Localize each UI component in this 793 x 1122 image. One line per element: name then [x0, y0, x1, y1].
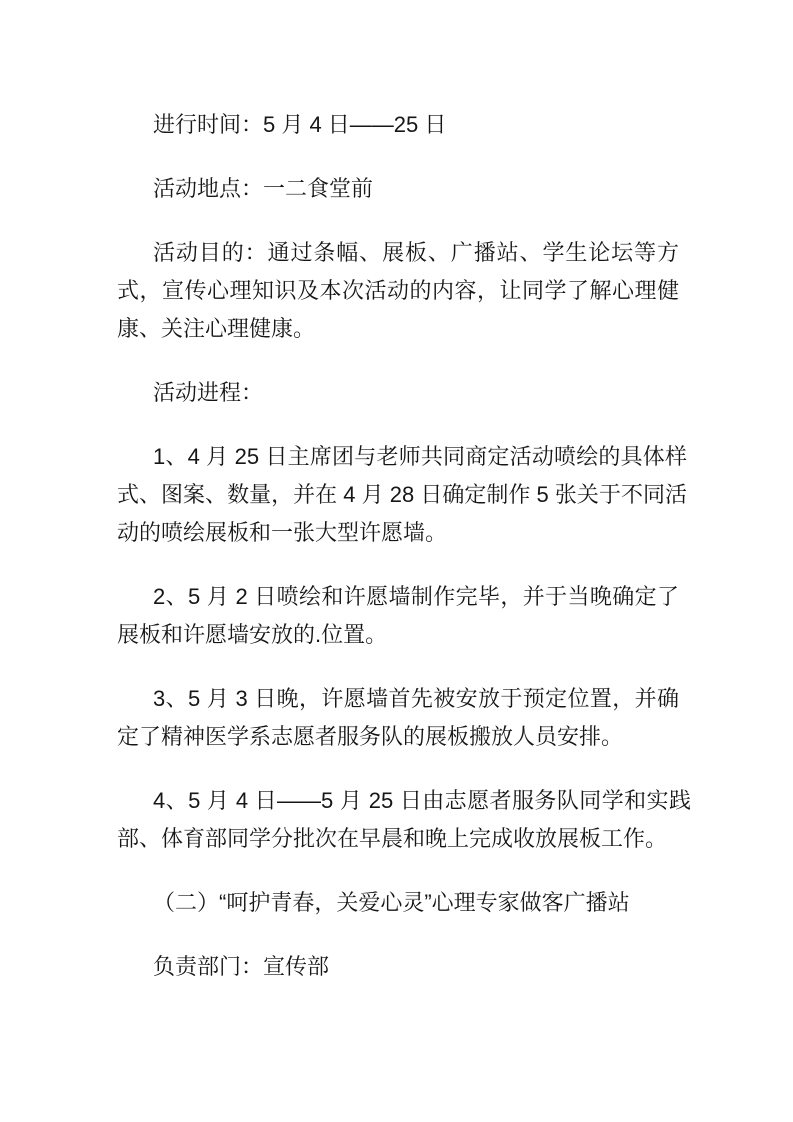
- paragraph-location: 活动地点：一二食堂前: [117, 170, 679, 208]
- paragraph-department: 负责部门：宣传部: [117, 948, 679, 986]
- paragraph-process-heading: 活动进程：: [117, 374, 679, 412]
- paragraph-purpose: 活动目的：通过条幅、展板、广播站、学生论坛等方式，宣传心理知识及本次活动的内容，…: [117, 234, 679, 348]
- document-page: 进行时间：5 月 4 日——25 日 活动地点：一二食堂前 活动目的：通过条幅、…: [0, 0, 793, 1122]
- section-heading-2: （二）“呵护青春，关爱心灵”心理专家做客广播站: [117, 884, 679, 922]
- list-item-2: 2、5 月 2 日喷绘和许愿墙制作完毕，并于当晚确定了展板和许愿墙安放的.位置。: [117, 578, 679, 654]
- list-item-1: 1、4 月 25 日主席团与老师共同商定活动喷绘的具体样式、图案、数量，并在 4…: [117, 438, 687, 552]
- paragraph-run-time: 进行时间：5 月 4 日——25 日: [117, 106, 679, 144]
- list-item-4: 4、5 月 4 日——5 月 25 日由志愿者服务队同学和实践部、体育部同学分批…: [117, 782, 691, 858]
- list-item-3: 3、5 月 3 日晚，许愿墙首先被安放于预定位置，并确定了精神医学系志愿者服务队…: [117, 680, 679, 756]
